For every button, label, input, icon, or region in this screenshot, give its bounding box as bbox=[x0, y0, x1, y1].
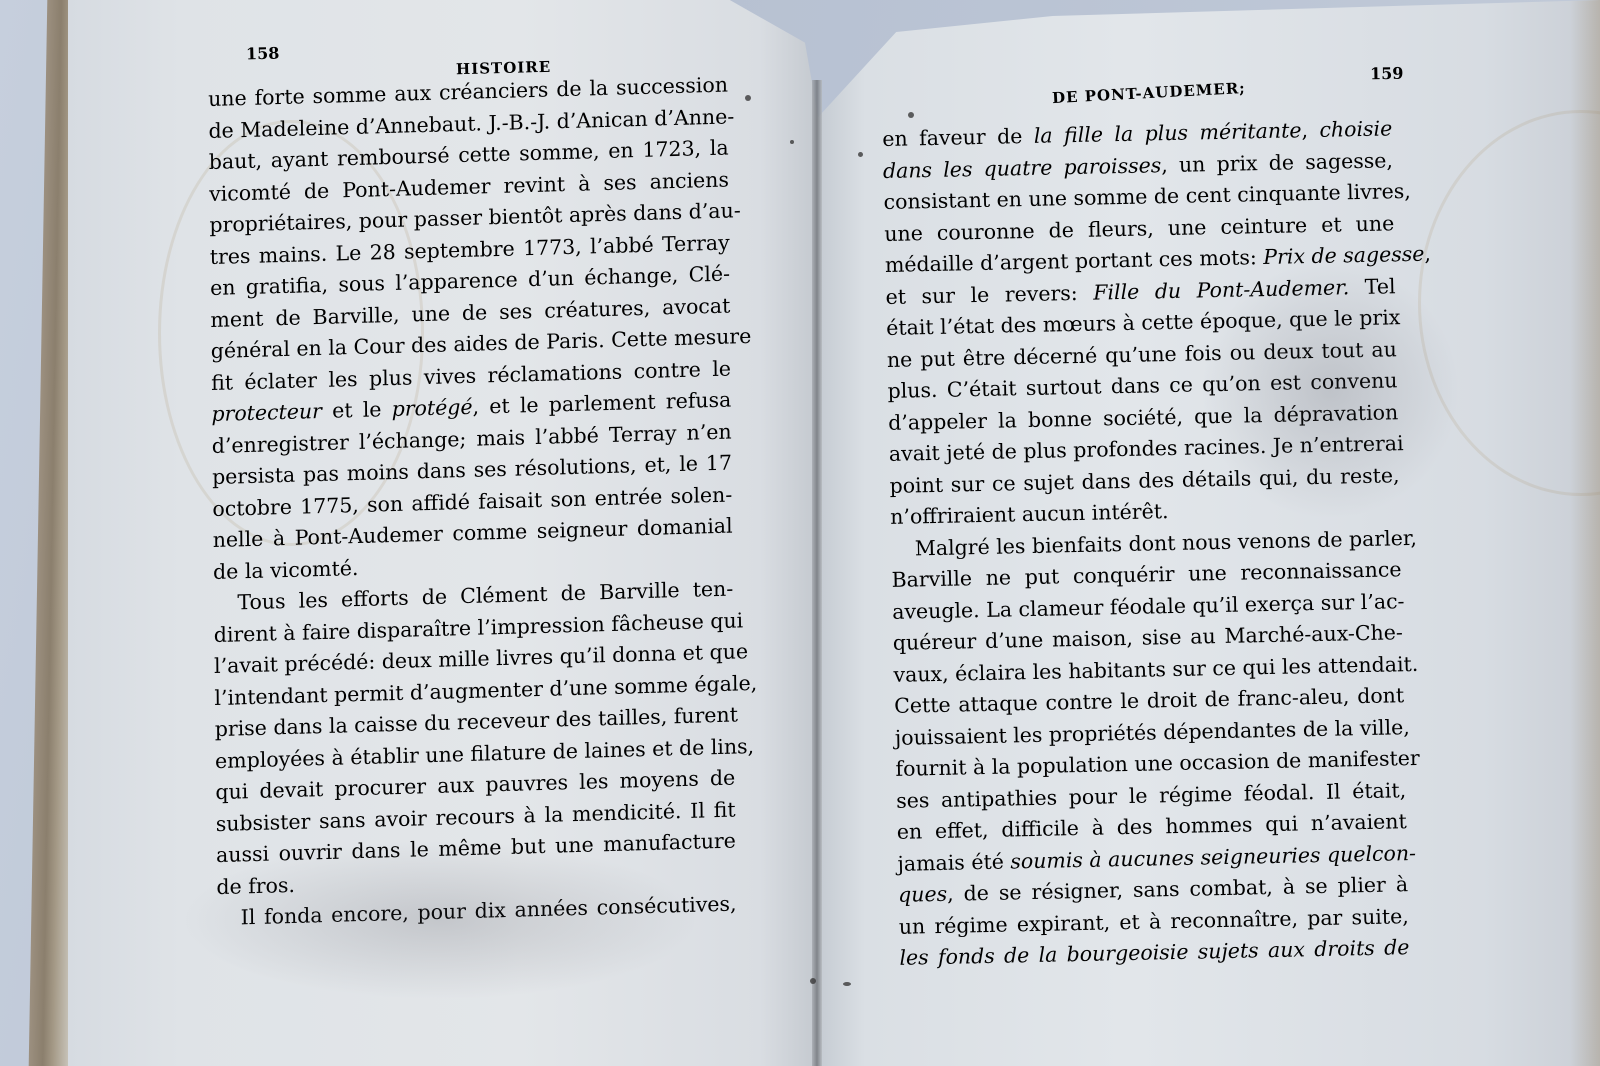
text-segment: , bbox=[1301, 118, 1319, 142]
text-segment: et sur le revers: bbox=[885, 280, 1093, 308]
italic-text: soumis à aucunes seigneuries quelcon- bbox=[1010, 840, 1416, 872]
foxing-spot bbox=[908, 112, 914, 118]
text-segment: en faveur de bbox=[882, 124, 1034, 151]
text-segment: Barville ne put conquérir une reconnaiss… bbox=[891, 557, 1401, 592]
italic-text: ques bbox=[898, 882, 947, 907]
text-segment: médaille d’argent portant ces mots: bbox=[885, 245, 1264, 277]
text-segment: avait jeté de plus profondes racines. Je… bbox=[889, 431, 1404, 466]
text-segment: était l’état des mœurs à cette époque, q… bbox=[886, 305, 1401, 340]
page-number-left: 158 bbox=[246, 44, 280, 64]
text-segment: plus. C’était surtout dans ce qu’on est … bbox=[887, 368, 1397, 403]
italic-text: Prix de sagesse bbox=[1263, 242, 1425, 269]
foxing-spot bbox=[790, 140, 794, 144]
left-page-body: une forte somme aux créanciers de la suc… bbox=[208, 69, 737, 934]
foxing-spot bbox=[745, 95, 751, 101]
text-segment: Tel bbox=[1349, 274, 1396, 299]
text-segment: n’offriraient aucun intérêt. bbox=[890, 499, 1169, 529]
italic-text: protecteur bbox=[211, 399, 322, 426]
text-segment: en effet, difficile à des hommes qui n’a… bbox=[897, 809, 1407, 844]
italic-text: choisie bbox=[1319, 116, 1392, 142]
italic-text: protégé bbox=[392, 395, 473, 421]
italic-text: dans les quatre paroisses bbox=[883, 153, 1162, 183]
right-page-body: en faveur de la fille la plus méritante,… bbox=[882, 113, 1410, 974]
text-segment: Cette attaque contre le droit de franc-a… bbox=[894, 683, 1404, 718]
text-segment: et le bbox=[322, 397, 392, 423]
open-book-photo: 158 HISTOIRE 159 DE PONT-AUDEMER; une fo… bbox=[0, 0, 1600, 1066]
book-gutter bbox=[812, 80, 822, 1066]
text-segment: jamais été bbox=[897, 849, 1010, 875]
right-fore-edge bbox=[1570, 0, 1600, 1066]
text-segment: , un prix de sagesse, bbox=[1161, 148, 1393, 177]
italic-text: la fille la plus méritante bbox=[1034, 118, 1302, 148]
foxing-spot bbox=[858, 152, 863, 157]
text-segment: , et le parlement refusa bbox=[472, 388, 731, 419]
text-segment: quéreur d’une maison, sise au Marché-aux… bbox=[893, 620, 1403, 655]
italic-text: les fonds de la bourgeoisie sujets aux d… bbox=[899, 935, 1409, 970]
text-segment: de la vicomté. bbox=[213, 555, 359, 583]
foxing-spot bbox=[843, 982, 851, 986]
text-segment: , bbox=[1424, 242, 1431, 266]
italic-text: Fille du Pont-Audemer. bbox=[1093, 275, 1349, 304]
text-segment: de fros. bbox=[216, 872, 295, 898]
text-segment: , de se résigner, sans combat, à se plie… bbox=[947, 872, 1408, 906]
foxing-spot bbox=[810, 978, 816, 984]
page-number-right: 159 bbox=[1370, 64, 1404, 84]
